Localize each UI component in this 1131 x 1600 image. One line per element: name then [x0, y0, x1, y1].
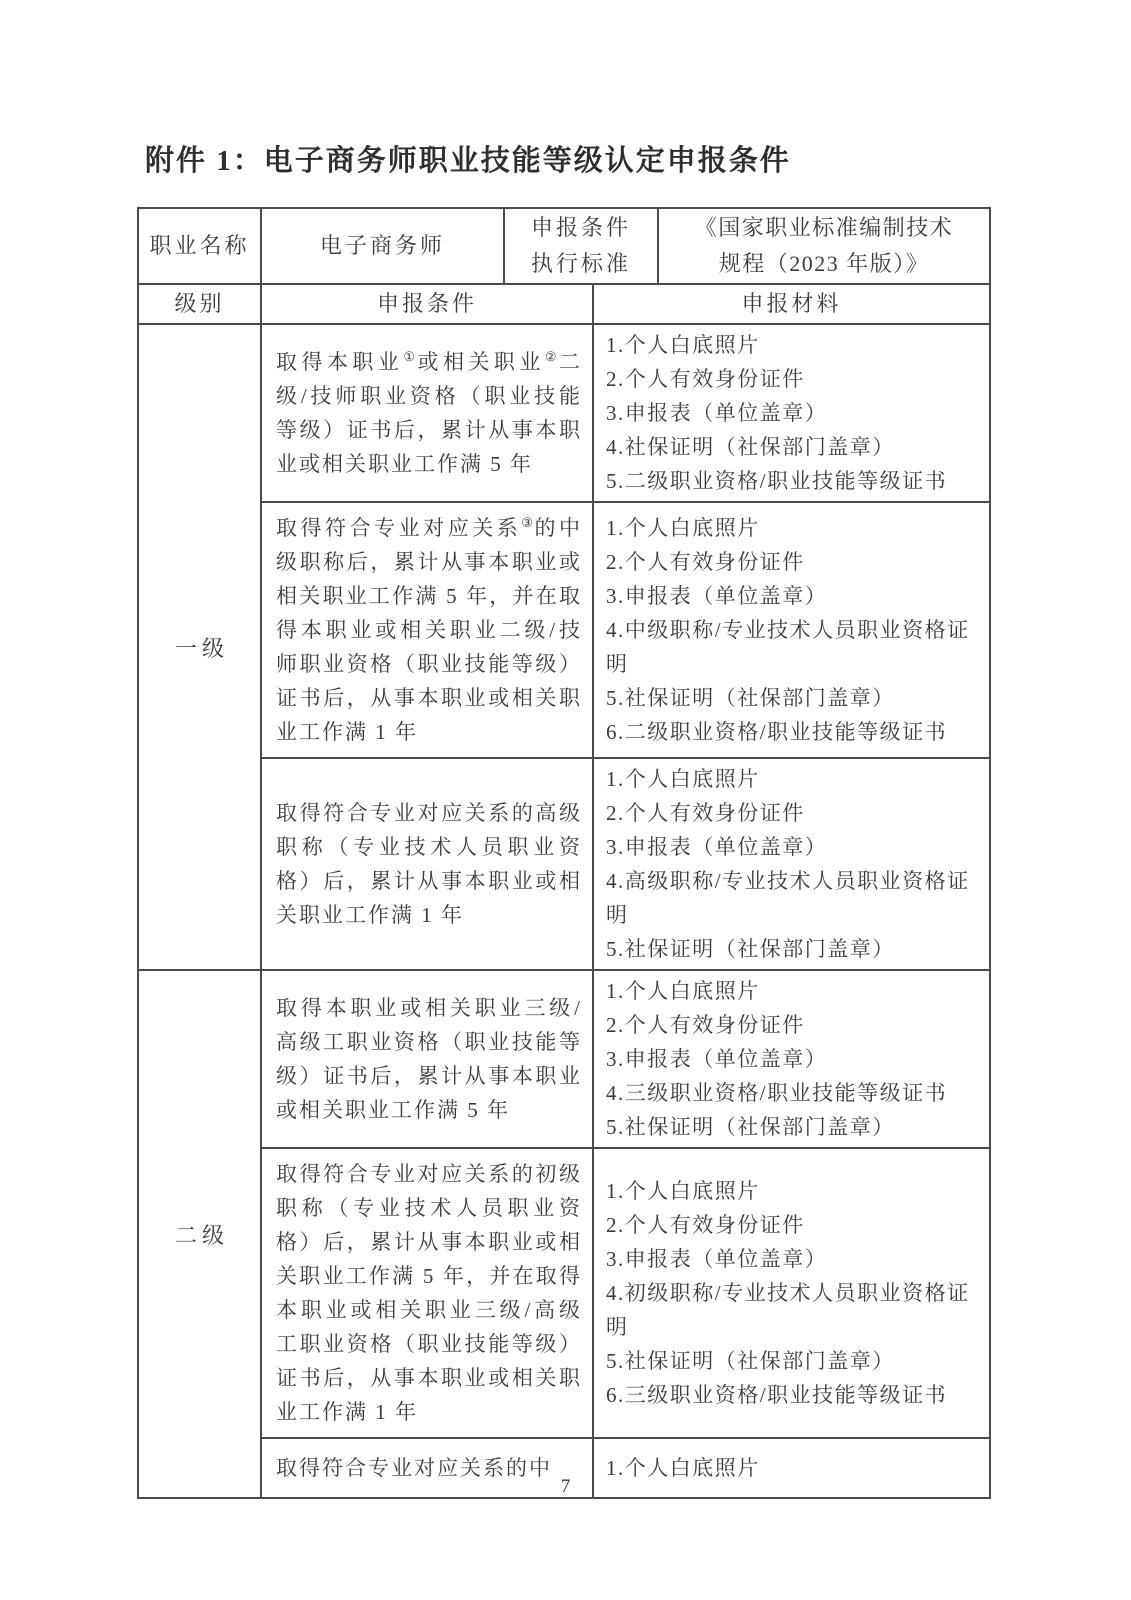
- materials-cell: 1.个人白底照片2.个人有效身份证件3.申报表（单位盖章）4.高级职称/专业技术…: [593, 758, 990, 970]
- material-item: 3.申报表（单位盖章）: [606, 830, 981, 864]
- material-item: 6.三级职业资格/职业技能等级证书: [606, 1378, 981, 1412]
- materials-cell: 1.个人白底照片2.个人有效身份证件3.申报表（单位盖章）4.社保证明（社保部门…: [593, 324, 990, 502]
- material-item: 3.申报表（单位盖章）: [606, 396, 981, 430]
- material-item: 3.申报表（单位盖章）: [606, 1242, 981, 1276]
- condition-cell: 取得本职业①或相关职业②二级/技师职业资格（职业技能等级）证书后，累计从事本职业…: [261, 324, 593, 502]
- material-item: 6.二级职业资格/职业技能等级证书: [606, 715, 981, 749]
- level-cell: 一级: [138, 324, 261, 970]
- material-item: 5.二级职业资格/职业技能等级证书: [606, 464, 981, 498]
- table-row: 取得符合专业对应关系的高级职称（专业技术人员职业资格）后，累计从事本职业或相关职…: [138, 758, 990, 970]
- info-header-row: 职业名称 电子商务师 申报条件执行标准 《国家职业标准编制技术规程（2023 年…: [138, 208, 990, 284]
- conditions-column-header: 申报条件: [261, 284, 593, 324]
- material-item: 3.申报表（单位盖章）: [606, 1042, 981, 1076]
- material-item: 2.个人有效身份证件: [606, 362, 981, 396]
- material-item: 4.中级职称/专业技术人员职业资格证明: [606, 613, 981, 681]
- table-body: 一级取得本职业①或相关职业②二级/技师职业资格（职业技能等级）证书后，累计从事本…: [138, 324, 990, 1498]
- condition-cell: 取得符合专业对应关系③的中级职称后，累计从事本职业或相关职业工作满 5 年，并在…: [261, 502, 593, 758]
- material-item: 2.个人有效身份证件: [606, 1208, 981, 1242]
- level-column-header: 级别: [138, 284, 261, 324]
- occupation-label-cell: 职业名称: [138, 208, 261, 284]
- standard-label-text: 申报条件执行标准: [529, 210, 633, 282]
- materials-cell: 1.个人白底照片2.个人有效身份证件3.申报表（单位盖章）4.三级职业资格/职业…: [593, 970, 990, 1148]
- table-row: 一级取得本职业①或相关职业②二级/技师职业资格（职业技能等级）证书后，累计从事本…: [138, 324, 990, 502]
- materials-cell: 1.个人白底照片2.个人有效身份证件3.申报表（单位盖章）4.初级职称/专业技术…: [593, 1148, 990, 1438]
- material-item: 2.个人有效身份证件: [606, 796, 981, 830]
- material-item: 4.社保证明（社保部门盖章）: [606, 430, 981, 464]
- material-item: 1.个人白底照片: [606, 328, 981, 362]
- material-item: 1.个人白底照片: [606, 762, 981, 796]
- page-number: 7: [0, 1476, 1131, 1498]
- standard-value-cell: 《国家职业标准编制技术规程（2023 年版）》: [658, 208, 990, 284]
- table-row: 取得符合专业对应关系的初级职称（专业技术人员职业资格）后，累计从事本职业或相关职…: [138, 1148, 990, 1438]
- condition-cell: 取得本职业或相关职业三级/高级工职业资格（职业技能等级）证书后，累计从事本职业或…: [261, 970, 593, 1148]
- condition-cell: 取得符合专业对应关系的初级职称（专业技术人员职业资格）后，累计从事本职业或相关职…: [261, 1148, 593, 1438]
- material-item: 3.申报表（单位盖章）: [606, 579, 981, 613]
- occupation-value-cell: 电子商务师: [261, 208, 504, 284]
- level-cell: 二级: [138, 970, 261, 1498]
- application-conditions-table: 职业名称 电子商务师 申报条件执行标准 《国家职业标准编制技术规程（2023 年…: [137, 207, 991, 1499]
- material-item: 5.社保证明（社保部门盖章）: [606, 1110, 981, 1144]
- table-header: 职业名称 电子商务师 申报条件执行标准 《国家职业标准编制技术规程（2023 年…: [138, 208, 990, 324]
- document-page: 附件 1：电子商务师职业技能等级认定申报条件 职业名称 电子商务师 申报条件执行…: [0, 0, 1131, 1600]
- page-title: 附件 1：电子商务师职业技能等级认定申报条件: [145, 138, 791, 179]
- column-header-row: 级别 申报条件 申报材料: [138, 284, 990, 324]
- condition-cell: 取得符合专业对应关系的高级职称（专业技术人员职业资格）后，累计从事本职业或相关职…: [261, 758, 593, 970]
- material-item: 1.个人白底照片: [606, 974, 981, 1008]
- material-item: 4.三级职业资格/职业技能等级证书: [606, 1076, 981, 1110]
- material-item: 5.社保证明（社保部门盖章）: [606, 681, 981, 715]
- standard-label-cell: 申报条件执行标准: [504, 208, 658, 284]
- materials-column-header: 申报材料: [593, 284, 990, 324]
- material-item: 4.初级职称/专业技术人员职业资格证明: [606, 1276, 981, 1344]
- materials-cell: 1.个人白底照片2.个人有效身份证件3.申报表（单位盖章）4.中级职称/专业技术…: [593, 502, 990, 758]
- table-row: 取得符合专业对应关系③的中级职称后，累计从事本职业或相关职业工作满 5 年，并在…: [138, 502, 990, 758]
- material-item: 2.个人有效身份证件: [606, 1008, 981, 1042]
- material-item: 4.高级职称/专业技术人员职业资格证明: [606, 864, 981, 932]
- material-item: 5.社保证明（社保部门盖章）: [606, 1344, 981, 1378]
- material-item: 2.个人有效身份证件: [606, 545, 981, 579]
- material-item: 1.个人白底照片: [606, 1174, 981, 1208]
- table-row: 二级取得本职业或相关职业三级/高级工职业资格（职业技能等级）证书后，累计从事本职…: [138, 970, 990, 1148]
- material-item: 5.社保证明（社保部门盖章）: [606, 932, 981, 966]
- material-item: 1.个人白底照片: [606, 511, 981, 545]
